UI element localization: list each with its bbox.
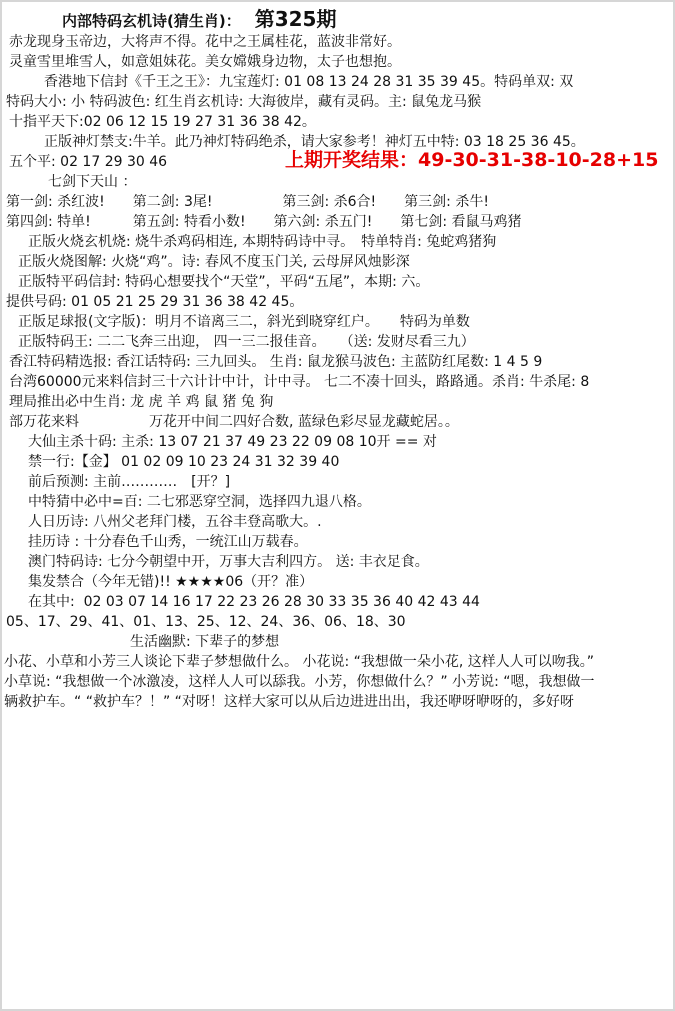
humor-text-1: 小花、小草和小芳三人谈论下辈子梦想做什么。 小花说: “我想做一朵小花, 这样人…	[2, 652, 675, 672]
sheet-content: 内部特码玄机诗(猜生肖)：第325期 赤龙现身玉帝边，大将声不得。花中之王属桂花…	[2, 6, 675, 712]
among-numbers-line: 在其中: 02 03 07 14 16 17 22 23 26 28 30 33…	[2, 592, 675, 612]
poem-line-2: 灵童雪里堆雪人，如意姐妹花。美女嫦娥身边物，太子也想抱。	[2, 52, 675, 72]
hk-envelope-line: 香港地下信封《千王之王》：九宝莲灯: 01 08 13 24 28 31 35 …	[2, 72, 675, 92]
issue-number: 第325期	[255, 7, 337, 31]
fire-diagram-line: 正版火烧图解: 火烧“鸡”。诗: 春风不度玉门关, 云母屏风烛影深	[2, 252, 675, 272]
seven-swords-title: 七剑下天山 ：	[2, 172, 675, 192]
humor-text-3: 辆救护车。“ “救护车？！” “对呀！这样大家可以从后边进进出出，我还咿呀咿呀的…	[2, 692, 675, 712]
special-flat-envelope: 正版特平码信封: 特码心想要找个“天堂”，平码“五尾”，本期: 六。	[2, 272, 675, 292]
provided-numbers-line: 提供号码: 01 05 21 25 29 31 36 38 42 45。	[2, 292, 675, 312]
immortal-kill-line: 大仙主杀十码: 主杀: 13 07 21 37 49 23 22 09 08 1…	[2, 432, 675, 452]
swords-row-2: 第四剑: 特单! 第五剑: 特看小数! 第六剑: 杀五门! 第七剑: 看鼠马鸡猪	[2, 212, 675, 232]
wall-calendar-line: 挂历诗 : 十分春色千山秀，一统江山万载春。	[2, 532, 675, 552]
last-draw-numbers: 49-30-31-38-10-28+15	[418, 149, 658, 171]
forecast-line: 前后预测: 主前………… [开？]	[2, 472, 675, 492]
football-paper-line: 正版足球报(文字版)：明月不谙离三二，斜光到晓穿红户。 特码为单数	[2, 312, 675, 332]
taiwan-line: 台湾60000元来料信封三十六计计中计，计中寻。 七二不凑十回头，路路通。杀肖:…	[2, 372, 675, 392]
swords-row-1: 第一剑: 杀红波! 第二剑: 3尾! 第三剑: 杀6合! 第三剑: 杀牛!	[2, 192, 675, 212]
forbidden-row-line: 禁一行:【金】 01 02 09 10 23 24 31 32 39 40	[2, 452, 675, 472]
humor-text-2: 小草说: “我想做一个冰激凌，这样人人可以舔我。小芳，你想做什么？” 小芳说: …	[2, 672, 675, 692]
special-code-king: 正版特码王: 二二飞奔三出迎， 四一三二报佳音。 （送: 发财尽看三九）	[2, 332, 675, 352]
last-draw-label: 上期开奖结果：	[285, 149, 418, 171]
calendar-poem-line: 人日历诗: 八州父老拜门楼，五谷丰登高歌大。.	[2, 512, 675, 532]
ten-fingers-line: 十指平天下:02 06 12 15 19 27 31 36 38 42。	[2, 112, 675, 132]
wanhua-line: 部万花来料 万花开中间二四好合数, 蓝绿色彩尽显龙藏蛇居。。	[2, 412, 675, 432]
size-wave-line: 特码大小: 小 特码波色: 红生肖玄机诗: 大海彼岸，藏有灵码。主: 鼠兔龙马猴	[2, 92, 675, 112]
number-series-line: 05、17、29、41、01、13、25、12、24、36、06、18、30	[2, 612, 675, 632]
macau-poem-line: 澳门特码诗: 七分今朝望中开，万事大吉利四方。 送: 丰衣足食。	[2, 552, 675, 572]
poem-line-1: 赤龙现身玉帝边，大将声不得。花中之王属桂花，蓝波非常好。	[2, 32, 675, 52]
xiangjiang-line: 香江特码精选报: 香江话特码: 三九回头。 生肖: 鼠龙猴马波色: 主蓝防红尾数…	[2, 352, 675, 372]
zodiac-picks-line: 理局推出必中生肖: 龙 虎 羊 鸡 鼠 猪 兔 狗	[2, 392, 675, 412]
title-prefix: 内部特码玄机诗(猜生肖)：	[62, 12, 241, 30]
lottery-tip-sheet: 内部特码玄机诗(猜生肖)：第325期 赤龙现身玉帝边，大将声不得。花中之王属桂花…	[0, 0, 675, 1011]
last-draw-result: 上期开奖结果：49-30-31-38-10-28+15	[285, 148, 658, 172]
must-hit-line: 中特猜中必中=百: 二七邪恶穿空洞，选择四九退八格。	[2, 492, 675, 512]
page-title: 内部特码玄机诗(猜生肖)：第325期	[2, 6, 675, 32]
fire-mystery-line: 正版火烧玄机烧: 烧牛杀鸡码相连, 本期特码诗中寻。 特单特肖: 兔蛇鸡猪狗	[2, 232, 675, 252]
jifa-stars-line: 集发禁合（今年无错)!! ★★★★06（开？准）	[2, 572, 675, 592]
humor-title: 生活幽默: 下辈子的梦想	[2, 632, 675, 652]
